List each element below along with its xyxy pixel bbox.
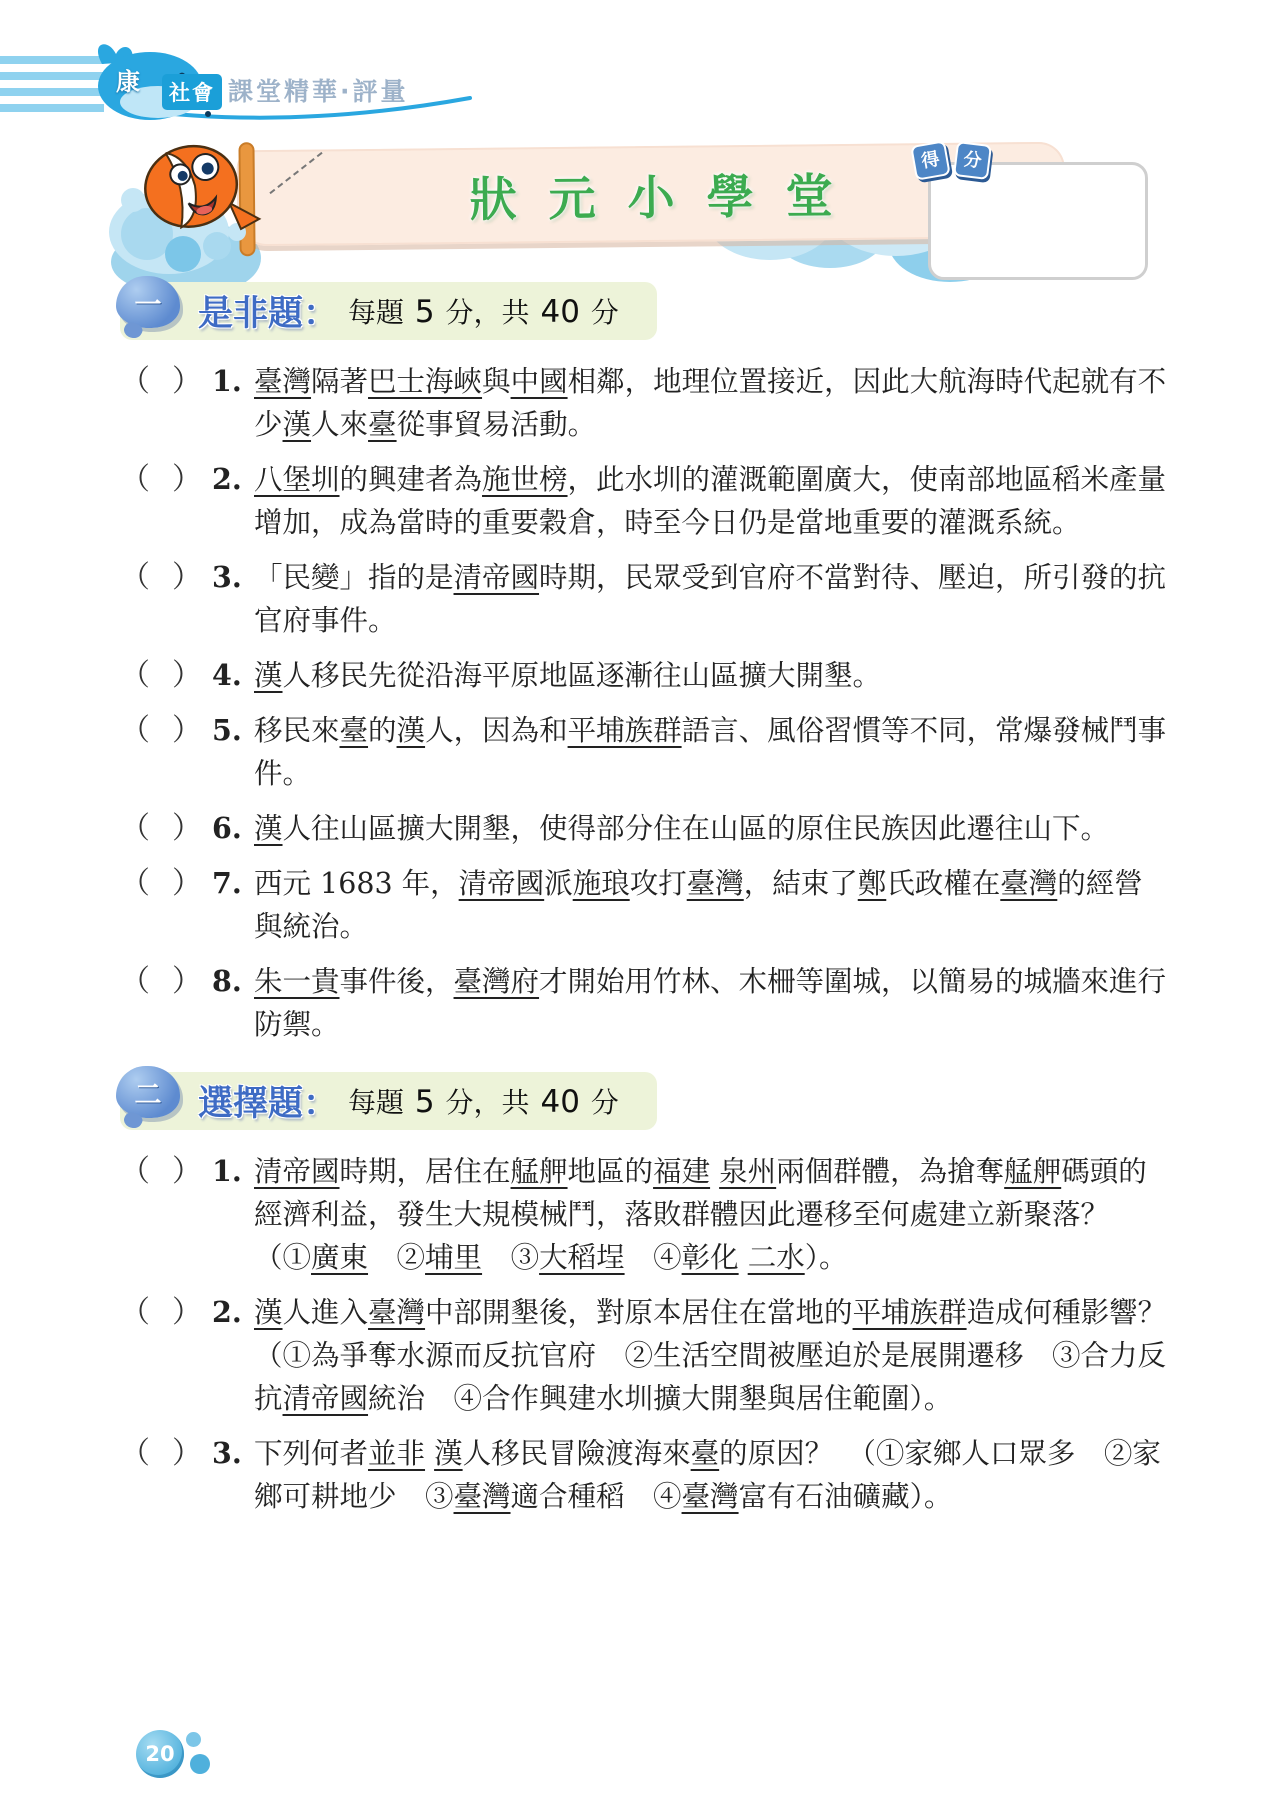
tf-question-5: （） 5. 移民來臺的漢人，因為和平埔族群語言、風俗習慣等不同，常爆發械鬥事件。: [120, 709, 1168, 795]
score-entry-box: [928, 162, 1148, 280]
answer-blank: （）: [120, 1291, 202, 1420]
mc-question-1: （） 1. 清帝國時期，居住在艋舺地區的福建 泉州兩個群體，為搶奪艋舺碼頭的經濟…: [120, 1150, 1168, 1279]
question-text: 臺灣隔著巴士海峽與中國相鄰，地理位置接近，因此大航海時代起就有不少漢人來臺從事貿…: [254, 360, 1168, 446]
question-text: 八堡圳的興建者為施世榜，此水圳的灌溉範圍廣大，使南部地區稻米產量增加，成為當時的…: [254, 458, 1168, 544]
question-number: 6.: [212, 807, 248, 850]
question-text: 漢人往山區擴大開墾，使得部分住在山區的原住民族因此遷往山下。: [254, 807, 1168, 850]
question-text: 漢人進入臺灣中部開墾後，對原本居住在當地的平埔族群造成何種影響？ （①為爭奪水源…: [254, 1291, 1168, 1420]
answer-blank: （）: [120, 807, 202, 850]
question-number: 8.: [212, 960, 248, 1046]
clownfish-mascot-icon: [113, 114, 273, 279]
series-title: 課堂精華·評量: [228, 72, 409, 108]
answer-blank: （）: [120, 556, 202, 642]
answer-blank: （）: [120, 1432, 202, 1518]
score-label-char: 分: [953, 141, 992, 180]
tf-question-7: （） 7. 西元 1683 年，清帝國派施琅攻打臺灣，結束了鄭氏政權在臺灣的經營…: [120, 862, 1168, 948]
question-text: 朱一貴事件後，臺灣府才開始用竹林、木柵等圍城，以簡易的城牆來進行防禦。: [254, 960, 1168, 1046]
question-content: 一 是非題： 每題 5 分，共 40 分 （） 1. 臺灣隔著巴士海峽與中國相鄰…: [120, 282, 1168, 1530]
score-label: 得 分: [913, 143, 990, 178]
mc-question-3: （） 3. 下列何者並非 漢人移民冒險渡海來臺的原因？ （①家鄉人口眾多 ②家鄉…: [120, 1432, 1168, 1518]
tf-question-8: （） 8. 朱一貴事件後，臺灣府才開始用竹林、木柵等圍城，以簡易的城牆來進行防禦…: [120, 960, 1168, 1046]
tf-question-1: （） 1. 臺灣隔著巴士海峽與中國相鄰，地理位置接近，因此大航海時代起就有不少漢…: [120, 360, 1168, 446]
question-number: 3.: [212, 556, 248, 642]
question-number: 4.: [212, 654, 248, 697]
tf-question-3: （） 3. 「民變」指的是清帝國時期，民眾受到官府不當對待、壓迫，所引發的抗官府…: [120, 556, 1168, 642]
answer-blank: （）: [120, 709, 202, 795]
section-header-true-false: 一 是非題： 每題 5 分，共 40 分: [120, 282, 1168, 340]
section-score-note: 每題 5 分，共 40 分: [348, 291, 619, 331]
section-title-bar: 選擇題： 每題 5 分，共 40 分: [120, 1072, 657, 1130]
question-number: 2.: [212, 1291, 248, 1420]
page-number-badge: 20: [136, 1730, 184, 1778]
brand-character: 康: [116, 62, 140, 97]
answer-blank: （）: [120, 360, 202, 446]
section-score-note: 每題 5 分，共 40 分: [348, 1081, 619, 1121]
section-title: 選擇題：: [198, 1076, 338, 1126]
bubble-decoration: [186, 1728, 208, 1780]
tf-question-2: （） 2. 八堡圳的興建者為施世榜，此水圳的灌溉範圍廣大，使南部地區稻米產量增加…: [120, 458, 1168, 544]
question-number: 5.: [212, 709, 248, 795]
question-text: 移民來臺的漢人，因為和平埔族群語言、風俗習慣等不同，常爆發械鬥事件。: [254, 709, 1168, 795]
score-label-char: 得: [910, 140, 951, 181]
question-number: 3.: [212, 1432, 248, 1518]
answer-blank: （）: [120, 862, 202, 948]
question-number: 1.: [212, 1150, 248, 1279]
answer-blank: （）: [120, 1150, 202, 1279]
section-number-badge: 一: [116, 276, 180, 328]
question-number: 7.: [212, 862, 248, 948]
mc-question-2: （） 2. 漢人進入臺灣中部開墾後，對原本居住在當地的平埔族群造成何種影響？ （…: [120, 1291, 1168, 1420]
worksheet-page: 康 社會 課堂精華·評量 狀元小學堂: [0, 0, 1282, 1813]
tf-question-4: （） 4. 漢人移民先從沿海平原地區逐漸往山區擴大開墾。: [120, 654, 1168, 697]
section-number-badge: 二: [116, 1066, 180, 1118]
question-text: 西元 1683 年，清帝國派施琅攻打臺灣，結束了鄭氏政權在臺灣的經營與統治。: [254, 862, 1168, 948]
question-text: 清帝國時期，居住在艋舺地區的福建 泉州兩個群體，為搶奪艋舺碼頭的經濟利益，發生大…: [254, 1150, 1168, 1279]
section-title: 是非題：: [198, 286, 338, 336]
answer-blank: （）: [120, 960, 202, 1046]
question-text: 漢人移民先從沿海平原地區逐漸往山區擴大開墾。: [254, 654, 1168, 697]
answer-blank: （）: [120, 458, 202, 544]
question-number: 2.: [212, 458, 248, 544]
question-number: 1.: [212, 360, 248, 446]
question-text: 「民變」指的是清帝國時期，民眾受到官府不當對待、壓迫，所引發的抗官府事件。: [254, 556, 1168, 642]
question-text: 下列何者並非 漢人移民冒險渡海來臺的原因？ （①家鄉人口眾多 ②家鄉可耕地少 ③…: [254, 1432, 1168, 1518]
tf-question-6: （） 6. 漢人往山區擴大開墾，使得部分住在山區的原住民族因此遷往山下。: [120, 807, 1168, 850]
answer-blank: （）: [120, 654, 202, 697]
banner-title: 狀元小學堂: [437, 158, 865, 229]
subject-badge: 社會: [162, 74, 222, 110]
section-header-multiple-choice: 二 選擇題： 每題 5 分，共 40 分: [120, 1072, 1168, 1130]
section-title-bar: 是非題： 每題 5 分，共 40 分: [120, 282, 657, 340]
